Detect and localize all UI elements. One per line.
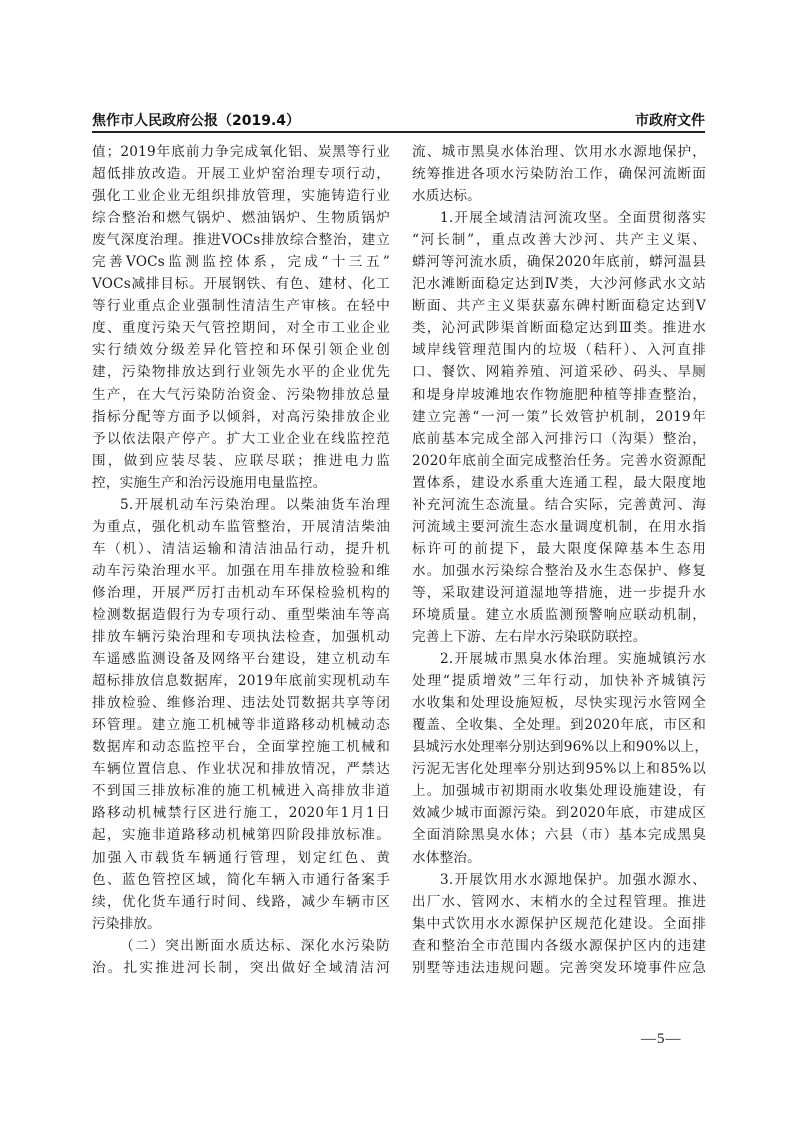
text-line: 控，实施生产和治污设施用电量监控。 bbox=[92, 472, 390, 494]
page-number: —5— bbox=[641, 1031, 682, 1048]
text-line: 修治理，开展严厉打击机动车环保检验机构的 bbox=[92, 582, 390, 604]
text-line: 数据库和动态监控平台，全面掌控施工机械和 bbox=[92, 736, 390, 758]
text-line: 域岸线管理范围内的垃圾（秸秆）、入河直排 bbox=[412, 339, 706, 361]
text-line: 水体整治。 bbox=[412, 847, 706, 869]
text-line: 断面、共产主义渠获嘉东碑村断面稳定达到Ⅴ bbox=[412, 295, 706, 317]
text-line: 补充河流生态流量。结合实际，完善黄河、海 bbox=[412, 494, 706, 516]
text-line: 标许可的前提下，最大限度保障基本生态用 bbox=[412, 538, 706, 560]
text-line: 等行业重点企业强制性清洁生产审核。在轻中 bbox=[92, 295, 390, 317]
text-line: 效减少城市面源污染。到2020年底，市建成区 bbox=[412, 802, 706, 824]
text-line: 建立完善“一河一策”长效管护机制，2019年 bbox=[412, 406, 706, 428]
text-line: 出厂水、管网水、末梢水的全过程管理。推进 bbox=[412, 891, 706, 913]
text-line: 加强入市载货车辆通行管理，划定红色、黄 bbox=[92, 847, 390, 869]
text-line: 车（机）、清洁运输和清洁油品行动，提升机 bbox=[92, 538, 390, 560]
text-line: 置体系，建设水系重大连通工程，最大限度地 bbox=[412, 472, 706, 494]
text-line: 覆盖、全收集、全处理。到2020年底，市区和 bbox=[412, 714, 706, 736]
text-line: 污泥无害化处理率分别达到95%以上和85%以 bbox=[412, 758, 706, 780]
text-line: 水。加强水污染综合整治及水生态保护、修复 bbox=[412, 560, 706, 582]
text-line: 口、餐饮、网箱养殖、河道采砂、码头、旱厕 bbox=[412, 361, 706, 383]
text-line: 3.开展饮用水水源地保护。加强水源水、 bbox=[412, 869, 706, 891]
text-line: 予以依法限产停产。扩大工业企业在线监控范 bbox=[92, 428, 390, 450]
running-header: 焦作市人民政府公报（2019.4） 市政府文件 bbox=[92, 110, 705, 130]
text-line: 为重点，强化机动车监管整治，开展清洁柴油 bbox=[92, 516, 390, 538]
text-line: 续，优化货车通行时间、线路，减少车辆市区 bbox=[92, 891, 390, 913]
text-line: 类，沁河武陟渠首断面稳定达到Ⅲ类。推进水 bbox=[412, 317, 706, 339]
text-line: 超标排放信息数据库，2019年底前实现机动车 bbox=[92, 670, 390, 692]
text-line: 完善上下游、左右岸水污染联防联控。 bbox=[412, 626, 706, 648]
text-line: 建，污染物排放达到行业领先水平的企业优先 bbox=[92, 361, 390, 383]
text-line: 2020年底前全面完成整治任务。完善水资源配 bbox=[412, 450, 706, 472]
text-line: 指标分配等方面予以倾斜，对高污染排放企业 bbox=[92, 406, 390, 428]
text-line: 环管理。建立施工机械等非道路移动机械动态 bbox=[92, 714, 390, 736]
text-line: 实行绩效分级差异化管控和环保引领企业创 bbox=[92, 339, 390, 361]
text-line: 生产，在大气污染防治资金、污染物排放总量 bbox=[92, 384, 390, 406]
text-line: 排放车辆污染治理和专项执法检查，加强机动 bbox=[92, 626, 390, 648]
text-line: 县城污水处理率分别达到96%以上和90%以上， bbox=[412, 736, 706, 758]
text-line: 动车污染治理水平。加强在用车排放检验和维 bbox=[92, 560, 390, 582]
text-line: 5.开展机动车污染治理。以柴油货车治理 bbox=[92, 494, 390, 516]
text-line: 起，实施非道路移动机械第四阶段排放标准。 bbox=[92, 824, 390, 846]
text-line: 统筹推进各项水污染防治工作，确保河流断面 bbox=[412, 163, 706, 185]
text-line: 全面消除黑臭水体；六县（市）基本完成黑臭 bbox=[412, 824, 706, 846]
text-line: 1.开展全域清洁河流攻坚。全面贯彻落实 bbox=[412, 207, 706, 229]
text-line: 水收集和处理设施短板，尽快实现污水管网全 bbox=[412, 692, 706, 714]
right-column: 流、城市黑臭水体治理、饮用水水源地保护，统筹推进各项水污染防治工作，确保河流断面… bbox=[412, 141, 706, 979]
text-line: 查和整治全市范围内各级水源保护区内的违建 bbox=[412, 935, 706, 957]
header-rule bbox=[92, 131, 705, 133]
text-line: 上。加强城市初期雨水收集处理设施建设，有 bbox=[412, 780, 706, 802]
text-line: 环境质量。建立水质监测预警响应联动机制， bbox=[412, 604, 706, 626]
text-line: 不到国三排放标准的施工机械进入高排放非道 bbox=[92, 780, 390, 802]
text-line: 路移动机械禁行区进行施工，2020年1月1日 bbox=[92, 802, 390, 824]
text-line: 汜水滩断面稳定达到Ⅳ类，大沙河修武水文站 bbox=[412, 273, 706, 295]
text-line: 值；2019年底前力争完成氧化铝、炭黑等行业 bbox=[92, 141, 390, 163]
text-line: 蟒河等河流水质，确保2020年底前，蟒河温县 bbox=[412, 251, 706, 273]
text-line: 集中式饮用水水源保护区规范化建设。全面排 bbox=[412, 913, 706, 935]
text-line: （二）突出断面水质达标、深化水污染防 bbox=[92, 935, 390, 957]
text-line: 流、城市黑臭水体治理、饮用水水源地保护， bbox=[412, 141, 706, 163]
text-line: 完善VOCs监测监控体系，完成“十三五” bbox=[92, 251, 390, 273]
text-line: 治。扎实推进河长制，突出做好全域清洁河 bbox=[92, 957, 390, 979]
text-line: 水质达标。 bbox=[412, 185, 706, 207]
text-line: 废气深度治理。推进VOCs排放综合整治，建立 bbox=[92, 229, 390, 251]
text-line: 超低排放改造。开展工业炉窑治理专项行动， bbox=[92, 163, 390, 185]
text-line: 车遥感监测设备及网络平台建设，建立机动车 bbox=[92, 648, 390, 670]
text-line: 等，采取建设河道湿地等措施，进一步提升水 bbox=[412, 582, 706, 604]
text-line: 综合整治和燃气锅炉、燃油锅炉、生物质锅炉 bbox=[92, 207, 390, 229]
text-line: 排放检验、维修治理、违法处罚数据共享等闭 bbox=[92, 692, 390, 714]
text-line: 底前基本完成全部入河排污口（沟渠）整治， bbox=[412, 428, 706, 450]
text-line: 别墅等违法违规问题。完善突发环境事件应急 bbox=[412, 957, 706, 979]
text-line: 围，做到应装尽装、应联尽联；推进电力监 bbox=[92, 450, 390, 472]
publication-title: 焦作市人民政府公报（2019.4） bbox=[92, 110, 300, 130]
text-line: 度、重度污染天气管控期间，对全市工业企业 bbox=[92, 317, 390, 339]
text-line: 处理“提质增效”三年行动，加快补齐城镇污 bbox=[412, 670, 706, 692]
text-line: 2.开展城市黑臭水体治理。实施城镇污水 bbox=[412, 648, 706, 670]
text-line: 强化工业企业无组织排放管理，实施铸造行业 bbox=[92, 185, 390, 207]
text-line: 色、蓝色管控区域，简化车辆入市通行备案手 bbox=[92, 869, 390, 891]
text-line: VOCs减排目标。开展钢铁、有色、建材、化工 bbox=[92, 273, 390, 295]
text-line: “河长制”，重点改善大沙河、共产主义渠、 bbox=[412, 229, 706, 251]
text-line: 河流域主要河流生态水量调度机制，在用水指 bbox=[412, 516, 706, 538]
left-column: 值；2019年底前力争完成氧化铝、炭黑等行业超低排放改造。开展工业炉窑治理专项行… bbox=[92, 141, 390, 979]
section-title: 市政府文件 bbox=[635, 110, 705, 130]
text-line: 污染排放。 bbox=[92, 913, 390, 935]
text-line: 车辆位置信息、作业状况和排放情况，严禁达 bbox=[92, 758, 390, 780]
text-line: 和堤身岸坡滩地农作物施肥种植等排查整治， bbox=[412, 384, 706, 406]
text-line: 检测数据造假行为专项行动、重型柴油车等高 bbox=[92, 604, 390, 626]
